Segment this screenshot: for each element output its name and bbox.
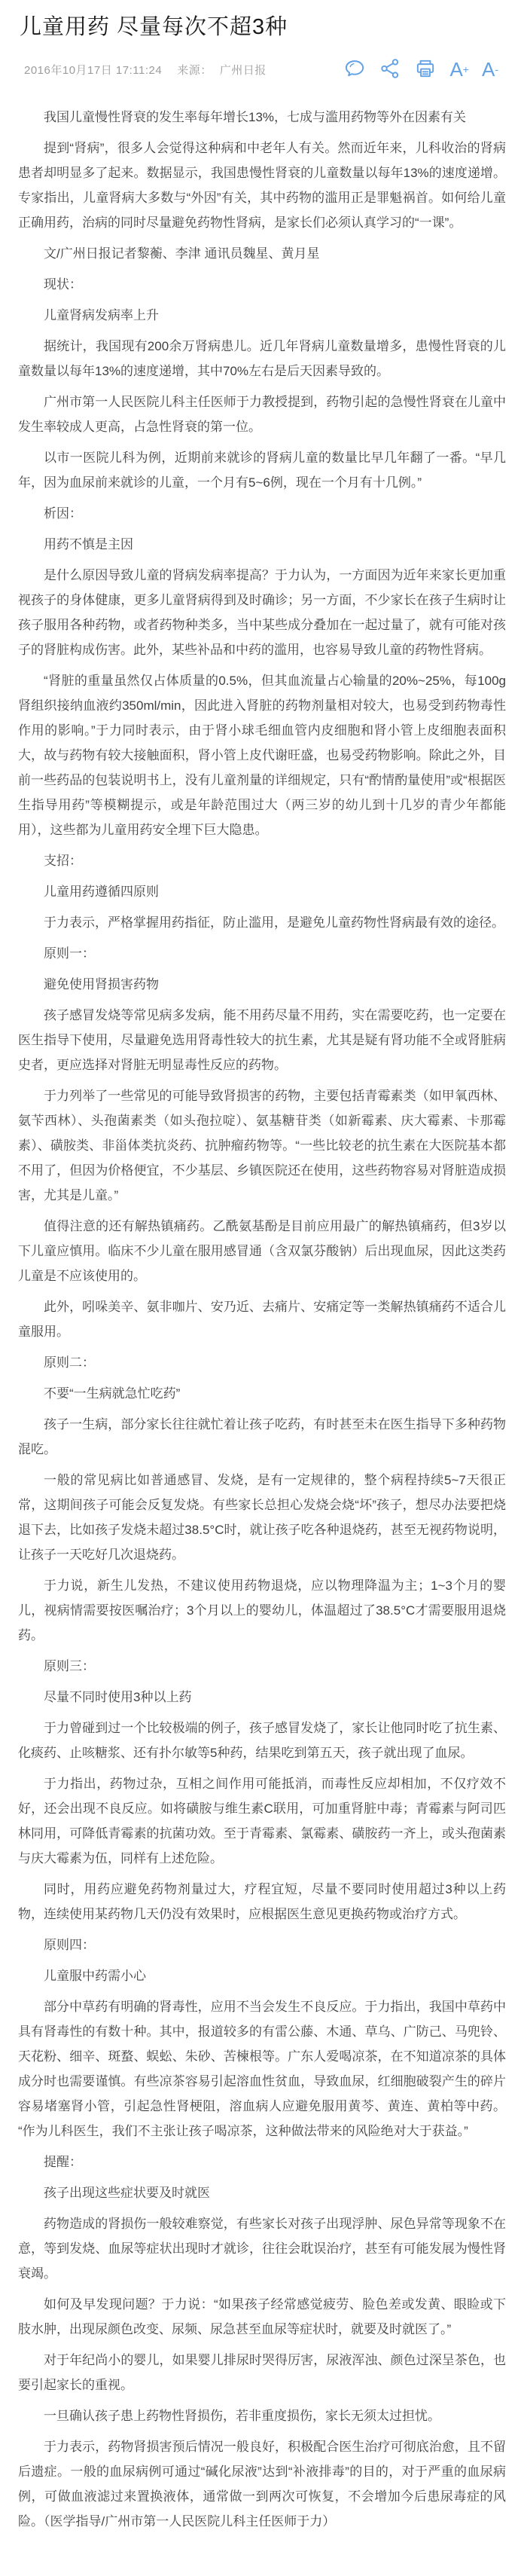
article-paragraph: 同时，用药应避免药物剂量过大，疗程宜短，尽量不要同时使用超过3种以上药物，连续使… bbox=[18, 1877, 506, 1927]
article-paragraph: 我国儿童慢性肾衰的发生率每年增长13%，七成与滥用药物等外在因素有关 bbox=[18, 105, 506, 130]
article-paragraph: 此外，吲哚美辛、氨非咖片、安乃近、去痛片、安痛定等一类解热镇痛药不适合儿童服用。 bbox=[18, 1294, 506, 1344]
article-paragraph: 避免使用肾损害药物 bbox=[18, 972, 506, 997]
font-decrease-button[interactable]: A- bbox=[482, 60, 498, 79]
article-paragraph: 于力曾碰到过一个比较极端的例子，孩子感冒发烧了，家长让他同时吃了抗生素、化痰药、… bbox=[18, 1716, 506, 1765]
article-body: 我国儿童慢性肾衰的发生率每年增长13%，七成与滥用药物等外在因素有关提到“肾病”… bbox=[0, 82, 524, 2576]
article-paragraph: 不要“一生病就急忙吃药” bbox=[18, 1381, 506, 1406]
article-paragraph: 儿童服中药需小心 bbox=[18, 1963, 506, 1988]
article-paragraph: 孩子感冒发烧等常见病多发病，能不用药尽量不用药，实在需要吃药，也一定要在医生指导… bbox=[18, 1003, 506, 1077]
font-increase-label: A bbox=[449, 60, 462, 79]
meta-row: 2016年10月17日 17:11:24来源：广州日报 bbox=[20, 57, 504, 81]
article-paragraph: 于力说，新生儿发热，不建议使用药物退烧，应以物理降温为主；1~3个月的婴儿，视病… bbox=[18, 1573, 506, 1648]
font-increase-button[interactable]: A+ bbox=[449, 60, 469, 79]
source-label: 来源： bbox=[177, 64, 212, 77]
article-paragraph: 提到“肾病”，很多人会觉得这种病和中老年人有关。然而近年来，儿科收治的肾病患者却… bbox=[18, 136, 506, 235]
article-paragraph: 于力表示，严格掌握用药指征，防止滥用，是避免儿童药物性肾病最有效的途径。 bbox=[18, 910, 506, 935]
article-paragraph: 值得注意的还有解热镇痛药。乙酰氨基酚是目前应用最广的解热镇痛药，但3岁以下儿童应… bbox=[18, 1214, 506, 1288]
publish-datetime: 2016年10月17日 17:11:24 bbox=[24, 64, 162, 77]
article-paragraph: 支招： bbox=[18, 848, 506, 873]
article-paragraph: 原则三： bbox=[18, 1654, 506, 1679]
article-paragraph: 原则二： bbox=[18, 1350, 506, 1375]
page-title: 儿童用药 尽量每次不超3种 bbox=[20, 14, 504, 41]
comment-button[interactable] bbox=[343, 57, 366, 81]
article-meta: 2016年10月17日 17:11:24来源：广州日报 bbox=[20, 62, 267, 78]
article-page: 儿童用药 尽量每次不超3种 2016年10月17日 17:11:24来源：广州日… bbox=[0, 0, 524, 2576]
article-paragraph: 广州市第一人民医院儿科主任医师于力教授提到，药物引起的急慢性肾衰在儿童中发生率较… bbox=[18, 390, 506, 439]
article-paragraph: 于力指出，药物过杂，互相之间作用可能抵消，而毒性反应却相加，不仅疗效不好，还会出… bbox=[18, 1771, 506, 1871]
article-paragraph: 于力表示，药物肾损害预后情况一般良好，积极配合医生治疗可彻底治愈，且不留后遗症。… bbox=[18, 2434, 506, 2534]
article-paragraph: 据统计，我国现有200余万肾病患儿。近几年肾病儿童数量增多，患慢性肾衰的儿童数量… bbox=[18, 334, 506, 383]
article-paragraph: 原则四： bbox=[18, 1933, 506, 1957]
share-icon bbox=[379, 57, 401, 81]
article-paragraph: 儿童用药遵循四原则 bbox=[18, 879, 506, 904]
article-paragraph: 药物造成的肾损伤一般较难察觉，有些家长对孩子出现浮肿、尿色异常等现象不在意，等到… bbox=[18, 2211, 506, 2286]
article-paragraph: 用药不慎是主因 bbox=[18, 532, 506, 557]
article-paragraph: 尽量不同时使用3种以上药 bbox=[18, 1685, 506, 1710]
article-paragraph: 对于年纪尚小的婴儿，如果婴儿排尿时哭得厉害，尿液浑浊、颜色过深呈茶色，也要引起家… bbox=[18, 2348, 506, 2397]
article-header: 儿童用药 尽量每次不超3种 2016年10月17日 17:11:24来源：广州日… bbox=[0, 0, 524, 82]
share-button[interactable] bbox=[379, 57, 401, 81]
article-paragraph: 部分中草药有明确的肾毒性，应用不当会发生不良反应。于力指出，我国中草药中具有肾毒… bbox=[18, 1994, 506, 2144]
article-paragraph: 如何及早发现问题？于力说：“如果孩子经常感觉疲劳、脸色差或发黄、眼睑或下肢水肿，… bbox=[18, 2292, 506, 2342]
print-button[interactable] bbox=[414, 57, 437, 81]
article-paragraph: 文/广州日报记者黎蘅、李津 通讯员魏星、黄月星 bbox=[18, 241, 506, 266]
article-paragraph: 一般的常见病比如普通感冒、发烧，是有一定规律的，整个病程持续5~7天很正常，这期… bbox=[18, 1468, 506, 1567]
article-paragraph: 提醒： bbox=[18, 2150, 506, 2174]
printer-icon bbox=[414, 57, 437, 81]
article-paragraph: 原则一： bbox=[18, 941, 506, 966]
font-decrease-label: A bbox=[482, 60, 495, 79]
article-paragraph: 是什么原因导致儿童的肾病发病率提高？于力认为，一方面因为近年来家长更加重视孩子的… bbox=[18, 563, 506, 662]
source-name[interactable]: 广州日报 bbox=[220, 64, 267, 77]
article-paragraph: 孩子出现这些症状要及时就医 bbox=[18, 2180, 506, 2205]
comment-bubble-icon bbox=[343, 57, 366, 81]
article-toolbar: A+ A- bbox=[343, 57, 498, 81]
article-paragraph: 儿童肾病发病率上升 bbox=[18, 303, 506, 328]
article-paragraph: 孩子一生病，部分家长往往就忙着让孩子吃药，有时甚至未在医生指导下多种药物混吃。 bbox=[18, 1412, 506, 1462]
article-paragraph: 一旦确认孩子患上药物性肾损伤，若非重度损伤，家长无须太过担忧。 bbox=[18, 2403, 506, 2428]
article-paragraph: 现状： bbox=[18, 272, 506, 297]
article-paragraph: 于力列举了一些常见的可能导致肾损害的药物，主要包括青霉素类（如甲氧西林、氨苄西林… bbox=[18, 1083, 506, 1208]
article-paragraph: 析因： bbox=[18, 501, 506, 526]
article-paragraph: “肾脏的重量虽然仅占体质量的0.5%，但其血流量占心输量的20%~25%，每10… bbox=[18, 668, 506, 842]
article-paragraph: 以市一医院儿科为例，近期前来就诊的肾病儿童的数量比早几年翻了一番。“早几年，因为… bbox=[18, 445, 506, 495]
